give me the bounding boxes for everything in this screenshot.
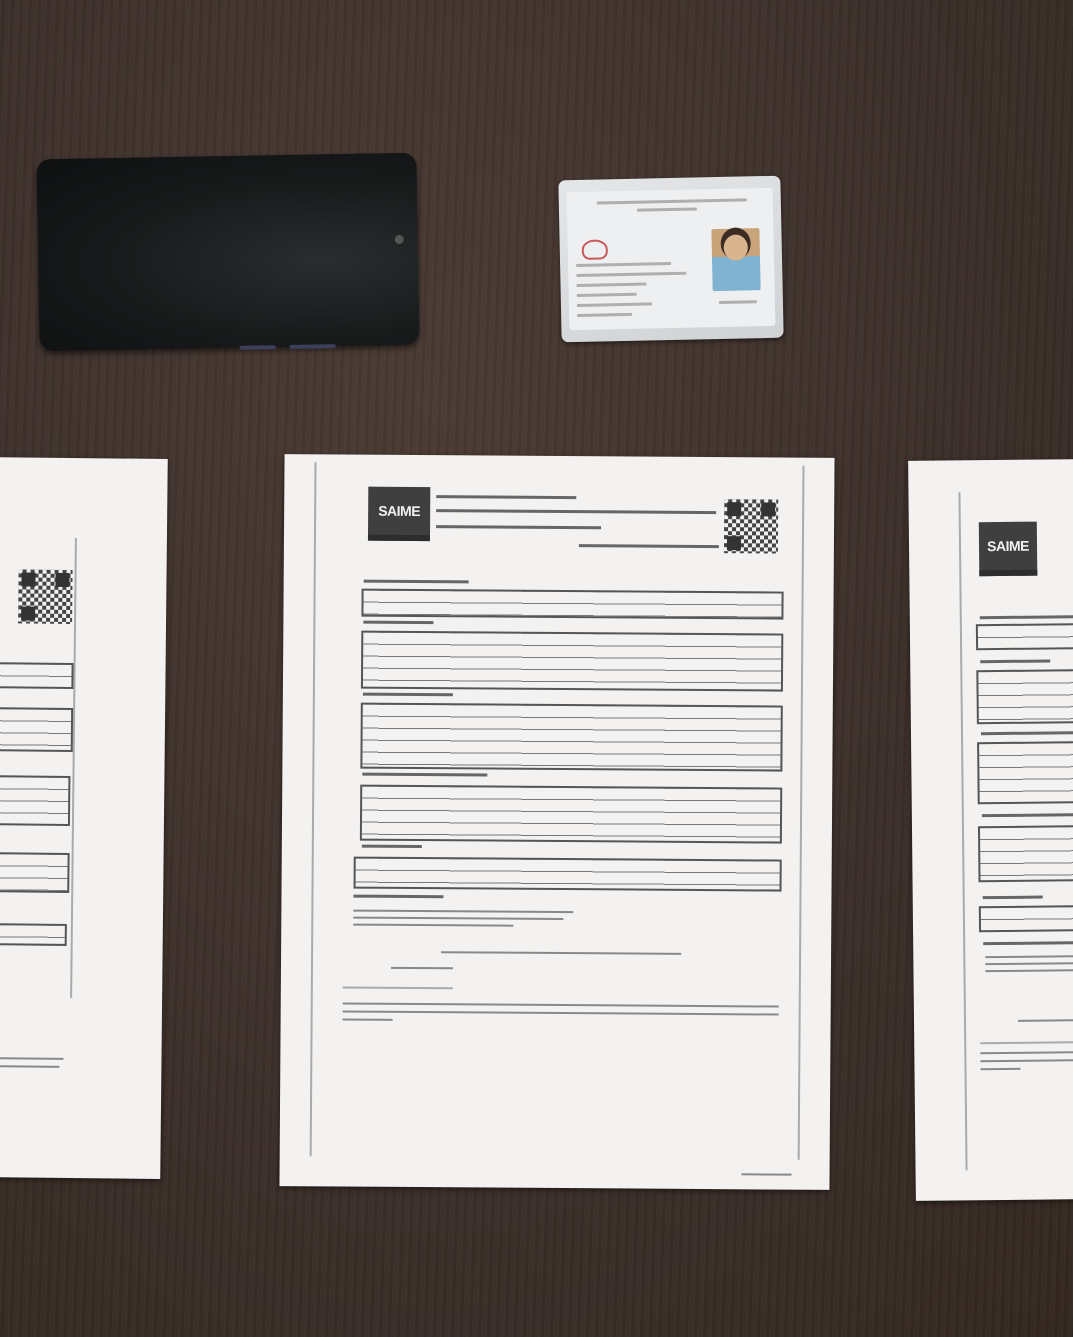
camera-dot [395,235,404,244]
saime-logo: SAIME [368,487,430,541]
side-button [290,344,336,349]
qr-code-icon [18,569,73,624]
qr-code-icon [724,499,778,553]
form-left [0,457,168,1179]
id-card [558,176,783,343]
id-photo [711,228,760,291]
mobile-phone [36,153,419,352]
emblem-icon [582,239,608,260]
side-button [240,345,276,350]
saime-logo: SAIME [979,522,1038,577]
form-right: SAIME [908,459,1073,1201]
form-center: SAIME [279,454,834,1190]
